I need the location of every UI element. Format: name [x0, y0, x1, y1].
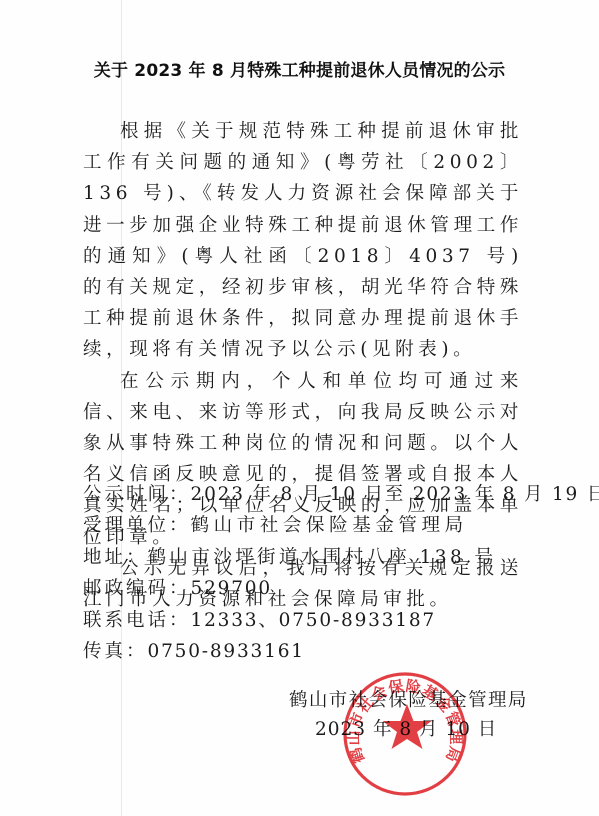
info-address: 地址：鹤山市沙坪街道水围村八座 138 号 — [83, 542, 543, 573]
info-period: 公示时间：2023 年 8 月 10 日至 2023 年 8 月 19 日止。 — [83, 479, 543, 510]
official-seal-icon: 鹤山市社会保险基金管理局 — [341, 670, 469, 798]
info-handling-unit: 受理单位：鹤山市社会保险基金管理局 — [83, 510, 543, 541]
info-phone: 联系电话：12333、0750-8933187 — [83, 605, 543, 636]
info-postcode: 邮政编码：529700 — [83, 573, 543, 604]
paragraph-legal-basis: 根据《关于规范特殊工种提前退休审批工作有关问题的通知》(粤劳社〔2002〕136… — [83, 116, 523, 366]
contact-info: 公示时间：2023 年 8 月 10 日至 2023 年 8 月 19 日止。 … — [83, 479, 543, 667]
document-title: 关于 2023 年 8 月特殊工种提前退休人员情况的公示 — [0, 56, 599, 81]
document-page: 关于 2023 年 8 月特殊工种提前退休人员情况的公示 根据《关于规范特殊工种… — [0, 0, 599, 816]
info-fax: 传真：0750-8933161 — [83, 636, 543, 667]
